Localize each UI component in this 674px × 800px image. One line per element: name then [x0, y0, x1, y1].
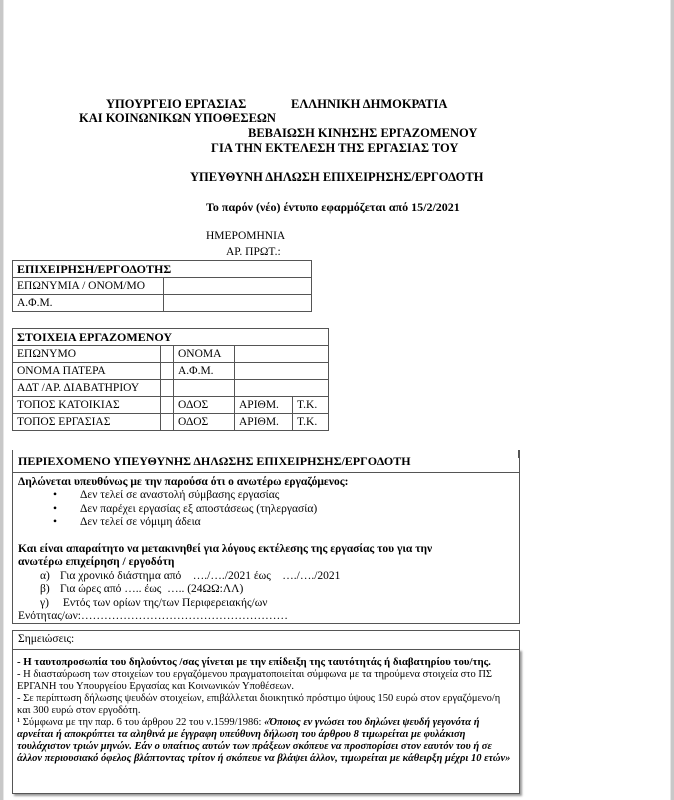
employer-table: ΕΠΙΧΕΙΡΗΣΗ/ΕΡΓΟΔΟΤΗΣ ΕΠΩΝΥΜΙΑ / ΟΝΟΜ/ΜΟ …: [12, 260, 312, 312]
workplace-number-label: ΑΡΙΘΜ.: [235, 414, 293, 431]
regional-unit-field[interactable]: Ενότητας/ων:………………………………………………: [18, 610, 514, 624]
workplace-postal-label: Τ.Κ.: [293, 414, 329, 431]
employer-afm-label: Α.Φ.Μ.: [13, 295, 164, 312]
notes-label: Σημειώσεις:: [13, 631, 519, 647]
document-title-line2: ΓΙΑ ΤΗΝ ΕΚΤΕΛΕΣΗ ΤΗΣ ΕΡΓΑΣΙΑΣ ΤΟΥ: [211, 141, 458, 156]
residence-number-label: ΑΡΙΘΜ.: [235, 397, 293, 414]
period-item: α)Για χρονικό διάστημα από …./…./2021 έω…: [18, 570, 514, 584]
date-label: ΗΜΕΡΟΜΗΝΙΑ: [206, 230, 285, 242]
workplace-label: ΤΟΠΟΣ ΕΡΓΑΣΙΑΣ: [13, 414, 161, 431]
employer-name-field[interactable]: [164, 278, 312, 295]
id-field-narrow[interactable]: [161, 380, 174, 397]
republic-label: ΕΛΛΗΝΙΚΗ ΔΗΜΟΚΡΑΤΙΑ: [291, 97, 447, 112]
employer-afm-field[interactable]: [164, 295, 312, 312]
protocol-label: ΑΡ. ΠΡΩΤ.:: [226, 246, 281, 258]
note-penalty: - Σε περίπτωση δήλωσης ψευδών στοιχείων,…: [17, 693, 515, 717]
id-field-extra[interactable]: [235, 380, 329, 397]
id-label: ΑΔΤ /ΑΡ. ΔΙΑΒΑΤΗΡΙΟΥ: [13, 380, 161, 397]
residence-street-label: ΟΔΟΣ: [174, 397, 235, 414]
father-name-field[interactable]: [161, 363, 174, 380]
box-edge: [12, 450, 13, 458]
condition-item: Δεν τελεί σε νόμιμη άδεια: [80, 516, 514, 530]
employee-afm-field[interactable]: [235, 363, 329, 380]
employer-name-label: ΕΠΩΝΥΜΙΑ / ΟΝΟΜ/ΜΟ: [13, 278, 164, 295]
necessity-line2: ανωτέρω επιχείρηση / εργοδότη: [18, 556, 514, 570]
document-title-line1: ΒΕΒΑΙΩΣΗ ΚΙΝΗΣΗΣ ΕΡΓΑΖΟΜΕΝΟΥ: [248, 126, 477, 141]
firstname-field[interactable]: [235, 346, 329, 363]
ministry-line1: ΥΠΟΥΡΓΕΙΟ ΕΡΓΑΣΙΑΣ: [106, 97, 246, 112]
page-edge-right: [670, 0, 674, 800]
residence-label: ΤΟΠΟΣ ΚΑΤΟΙΚΙΑΣ: [13, 397, 161, 414]
condition-item: Δεν τελεί σε αναστολή σύμβασης εργασίας: [80, 489, 514, 503]
condition-item: Δεν παρέχει εργασίας εξ αποστάσεως (τηλε…: [80, 503, 514, 517]
note-identity: - Η ταυτοπροσωπία του δηλούντος /σας γίν…: [17, 656, 515, 669]
declaration-statement: Δηλώνεται υπευθύνως με την παρούσα ότι ο…: [18, 475, 514, 489]
employee-heading: ΣΤΟΙΧΕΙΑ ΕΡΓΑΖΟΜΕΝΟΥ: [13, 329, 329, 346]
region-item: γ) Εντός των ορίων της/των Περιφερειακής…: [18, 597, 514, 611]
surname-label: ΕΠΩΝΥΜΟ: [13, 346, 161, 363]
page-edge-left: [0, 0, 4, 800]
declaration-subtitle: ΥΠΕΥΘΥΝΗ ΔΗΛΩΣΗ ΕΠΙΧΕΙΡΗΣΗΣ/ΕΡΓΟΔΟΤΗ: [190, 170, 483, 185]
effective-date-note: Το παρόν (νέο) έντυπο εφαρμόζεται από 15…: [206, 200, 460, 215]
necessity-line1: Και είναι απαραίτητο να μετακινηθεί για …: [18, 543, 514, 557]
notes-box: - Η ταυτοπροσωπία του δηλούντος /σας γίν…: [12, 649, 520, 794]
ministry-line2: ΚΑΙ ΚΟΙΝΩΝΙΚΩΝ ΥΠΟΘΕΣΕΩΝ: [79, 111, 276, 126]
surname-field[interactable]: [161, 346, 174, 363]
content-heading: ΠΕΡΙΕΧΟΜΕΝΟ ΥΠΕΥΘΥΝΗΣ ΔΗΛΩΣΗΣ ΕΠΙΧΕΙΡΗΣΗ…: [13, 450, 519, 473]
hours-item: β)Για ώρες από ….. έως ….. (24ΩΩ:ΛΛ): [18, 583, 514, 597]
employer-heading: ΕΠΙΧΕΙΡΗΣΗ/ΕΡΓΟΔΟΤΗΣ: [13, 261, 312, 278]
residence-field[interactable]: [161, 397, 174, 414]
employee-table: ΣΤΟΙΧΕΙΑ ΕΡΓΑΖΟΜΕΝΟΥ ΕΠΩΝΥΜΟ ΟΝΟΜΑ ΟΝΟΜΑ…: [12, 328, 329, 431]
declaration-content-box: ΠΕΡΙΕΧΟΜΕΝΟ ΥΠΕΥΘΥΝΗΣ ΔΗΛΩΣΗΣ ΕΠΙΧΕΙΡΗΣΗ…: [12, 450, 520, 624]
firstname-label: ΟΝΟΜΑ: [174, 346, 235, 363]
box-edge: [518, 450, 519, 458]
workplace-field[interactable]: [161, 414, 174, 431]
father-name-label: ΟΝΟΜΑ ΠΑΤΕΡΑ: [13, 363, 161, 380]
workplace-street-label: ΟΔΟΣ: [174, 414, 235, 431]
id-field[interactable]: [174, 380, 235, 397]
employee-afm-label: Α.Φ.Μ.: [174, 363, 235, 380]
residence-postal-label: Τ.Κ.: [293, 397, 329, 414]
note-legal-reference: ¹ Σύμφωνα με την παρ. 6 του άρθρου 22 το…: [17, 717, 515, 765]
conditions-list: Δεν τελεί σε αναστολή σύμβασης εργασίας …: [18, 489, 514, 530]
notes-label-row: Σημειώσεις:: [12, 630, 520, 650]
note-verification: - Η διασταύρωση των στοιχείων του εργαζό…: [17, 669, 515, 693]
